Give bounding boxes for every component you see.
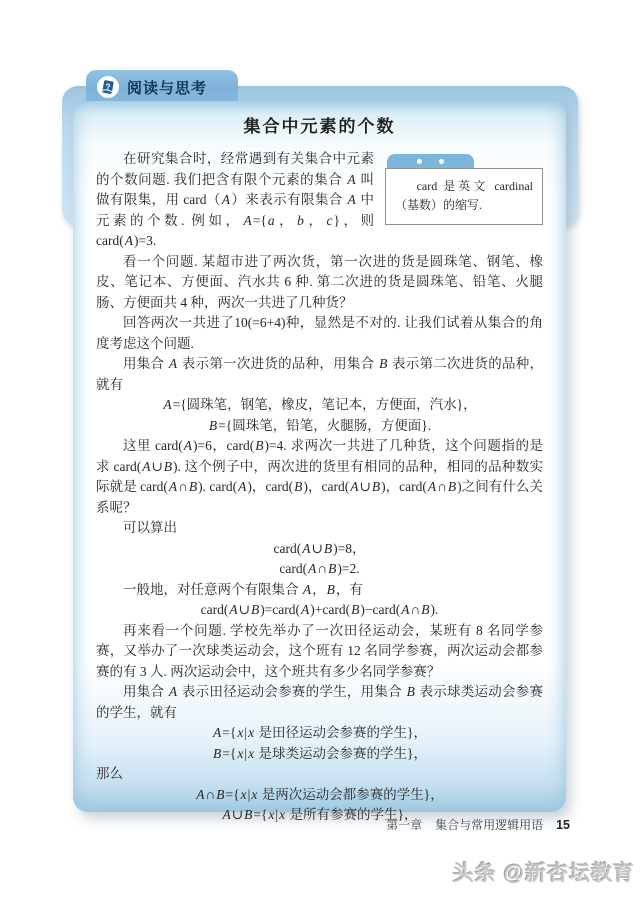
formula-students-b: B={x|x 是球类运动会参赛的学生}，: [96, 744, 543, 765]
page-footer: 第一章 集合与常用逻辑用语 15: [386, 816, 570, 833]
content-card: 集合中元素的个数 card 是英文 cardinal（基数）的缩写. 在研究集合…: [73, 101, 566, 812]
margin-note-text: card 是英文 cardinal（基数）的缩写.: [385, 168, 543, 225]
margin-note: card 是英文 cardinal（基数）的缩写.: [385, 154, 543, 225]
watermark-text: 头条 @新杏坛教育: [453, 857, 635, 887]
formula-general: card(A∪B)=card(A)+card(B)−card(A∩B).: [96, 600, 543, 621]
paragraph-intro-text: 在研究集合时，经常遇到有关集合中元素的个数问题. 我们把含有限个元素的集合 A …: [96, 151, 374, 248]
note-tab-decoration: [387, 154, 474, 168]
formula-students-intersection: A∩B={x|x 是两次运动会都参赛的学生}，: [96, 785, 543, 806]
paragraph-general-rule: 一般地，对任意两个有限集合 A，B，有: [96, 580, 543, 601]
dot-icon: [439, 159, 444, 164]
paragraph-wrong-answer: 回答两次一共进了10(=6+4)种，显然是不对的. 让我们试着从集合的角度考虑这…: [96, 313, 543, 354]
formula-card-intersection: card(A∩B)=2.: [96, 559, 543, 580]
dot-icon: [417, 159, 422, 164]
paragraph-sports-problem: 再来看一个问题. 学校先举办了一次田径运动会，某班有 8 名同学参赛，又举办了一…: [96, 621, 543, 683]
formula-set-b: B={圆珠笔，铅笔，火腿肠，方便面}.: [96, 416, 543, 437]
formula-card-union: card(A∪B)=8，: [96, 539, 543, 560]
paragraph-define-sets: 用集合 A 表示第一次进货的品种，用集合 B 表示第二次进货的品种，就有: [96, 354, 543, 395]
paragraph-supermarket: 看一个问题. 某超市进了两次货，第一次进的货是圆珠笔、钢笔、橡皮、笔记本、方便面…: [96, 252, 543, 314]
paragraph-intro: card 是英文 cardinal（基数）的缩写. 在研究集合时，经常遇到有关集…: [96, 149, 543, 252]
footer-page-number: 15: [556, 818, 570, 832]
section-tab-label: 阅读与思考: [127, 77, 207, 98]
textbook-page: ? 阅读与思考 集合中元素的个数 card 是英文 cardinal（基数）的缩…: [0, 0, 640, 898]
paragraph-card-relation: 这里 card(A)=6，card(B)=4. 求两次一共进了几种货，这个问题指…: [96, 436, 543, 518]
article-body: card 是英文 cardinal（基数）的缩写. 在研究集合时，经常遇到有关集…: [96, 149, 543, 826]
footer-chapter: 第一章: [386, 816, 422, 833]
paragraph-can-compute: 可以算出: [96, 518, 543, 539]
book-question-icon: ?: [97, 76, 119, 98]
formula-students-a: A={x|x 是田径运动会参赛的学生}，: [96, 723, 543, 744]
svg-text:?: ?: [105, 82, 110, 92]
formula-set-a: A={圆珠笔，钢笔，橡皮，笔记本，方便面，汽水}，: [96, 395, 543, 416]
article-title: 集合中元素的个数: [96, 116, 543, 138]
footer-section-title: 集合与常用逻辑用语: [435, 816, 543, 833]
paragraph-sports-sets: 用集合 A 表示田径运动会参赛的学生，用集合 B 表示球类运动会参赛的学生，就有: [96, 682, 543, 723]
section-tab: ? 阅读与思考: [86, 70, 238, 104]
paragraph-then: 那么: [96, 764, 543, 785]
